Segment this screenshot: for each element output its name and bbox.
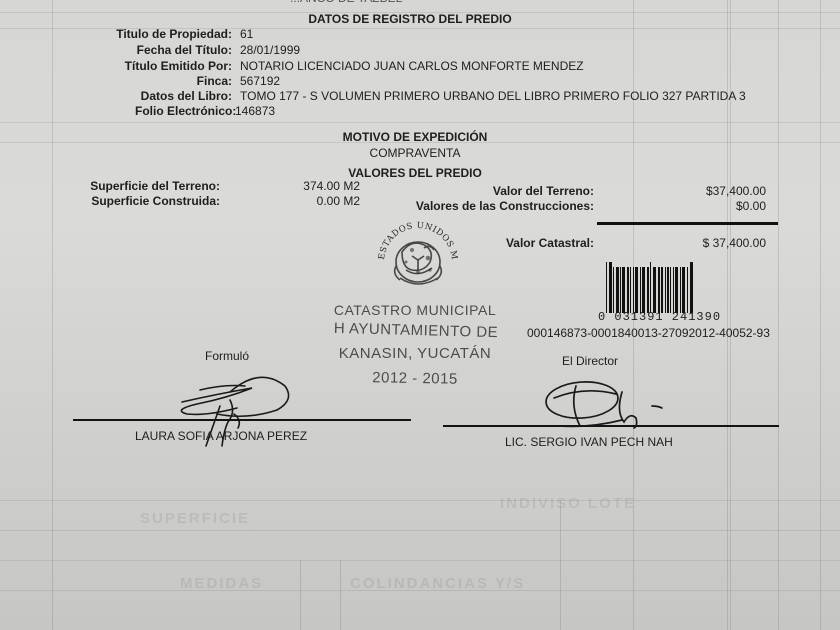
signature-right-role: El Director [562, 354, 618, 368]
superficie-construida-value: 0.00 M2 [290, 194, 360, 208]
signature-line-right [443, 425, 779, 427]
ghost-line [0, 122, 840, 123]
bleed-through-text: MEDIDAS [180, 575, 263, 592]
ghost-line [820, 0, 821, 630]
seal-line-1: CATASTRO MUNICIPAL [330, 302, 500, 318]
superficie-construida-label: Superficie Construida: [60, 194, 220, 208]
valor-terreno-label: Valor del Terreno: [390, 184, 594, 198]
seal-line-2: H AYUNTAMIENTO DE [328, 320, 504, 342]
barcode-digits: 0 031391 241390 [598, 310, 721, 324]
bleed-through-text: INDIVISO LOTE [500, 495, 636, 512]
valor-construcciones-value: $0.00 [660, 199, 766, 213]
seal-arc-text: ESTADOS UNIDOS MEXICANOS [372, 212, 459, 261]
field-value-finca: 567192 [240, 74, 280, 88]
ghost-line [340, 560, 341, 630]
field-value-emitido: NOTARIO LICENCIADO JUAN CARLOS MONFORTE … [240, 59, 584, 73]
national-emblem-seal-icon: ESTADOS UNIDOS MEXICANOS [372, 212, 464, 304]
signature-right-name: LIC. SERGIO IVAN PECH NAH [505, 435, 673, 449]
total-rule [597, 222, 778, 225]
superficie-terreno-value: 374.00 M2 [290, 179, 360, 193]
signature-line-left [73, 419, 411, 421]
field-value-libro: TOMO 177 - S VOLUMEN PRIMERO URBANO DEL … [240, 89, 746, 103]
valor-terreno-value: $37,400.00 [660, 184, 766, 198]
motivo-heading: MOTIVO DE EXPEDICIÓN [310, 130, 520, 144]
field-label-fecha: Fecha del Título: [60, 43, 232, 57]
cutoff-header-text: ...ANCO DE TAZBEL [290, 0, 402, 5]
field-label-emitido: Título Emitido Por: [60, 59, 232, 73]
document-page: SUPERFICIE INDIVISO LOTE MEDIDAS COLINDA… [0, 0, 840, 630]
valor-catastral-value: $ 37,400.00 [660, 236, 766, 250]
registro-heading: DATOS DE REGISTRO DEL PREDIO [290, 12, 530, 26]
ghost-line [300, 560, 301, 630]
field-value-folio: 146873 [235, 104, 275, 118]
field-value-fecha: 28/01/1999 [240, 43, 300, 57]
seal-line-4: 2012 - 2015 [340, 369, 490, 389]
field-value-titulo: 61 [240, 27, 253, 41]
barcode-reference: 000146873-0001840013-27092012-40052-93 [527, 326, 770, 340]
signature-left-role: Formuló [205, 349, 249, 363]
superficie-terreno-label: Superficie del Terreno: [60, 179, 220, 193]
motivo-value: COMPRAVENTA [310, 146, 520, 160]
ghost-line [0, 530, 840, 531]
valores-heading: VALORES DEL PREDIO [310, 166, 520, 180]
ghost-line [0, 500, 840, 501]
bleed-through-text: SUPERFICIE [140, 510, 250, 527]
field-label-finca: Finca: [60, 74, 232, 88]
barcode [606, 267, 694, 313]
ghost-line [560, 500, 561, 630]
seal-line-3: KANASIN, YUCATÁN [330, 345, 500, 362]
ghost-line [778, 0, 779, 630]
ghost-line [0, 560, 840, 561]
signature-left-name: LAURA SOFIA ARJONA PEREZ [135, 429, 307, 443]
svg-text:ESTADOS UNIDOS MEXICANOS: ESTADOS UNIDOS MEXICANOS [372, 212, 459, 261]
field-label-libro: Datos del Libro: [60, 89, 232, 103]
field-label-titulo: Titulo de Propiedad: [60, 27, 232, 41]
ghost-line [52, 0, 53, 630]
barcode-bar [693, 267, 694, 313]
bleed-through-text: COLINDANCIAS Y/S [350, 575, 525, 592]
valor-construcciones-label: Valores de las Construcciones: [390, 199, 594, 213]
